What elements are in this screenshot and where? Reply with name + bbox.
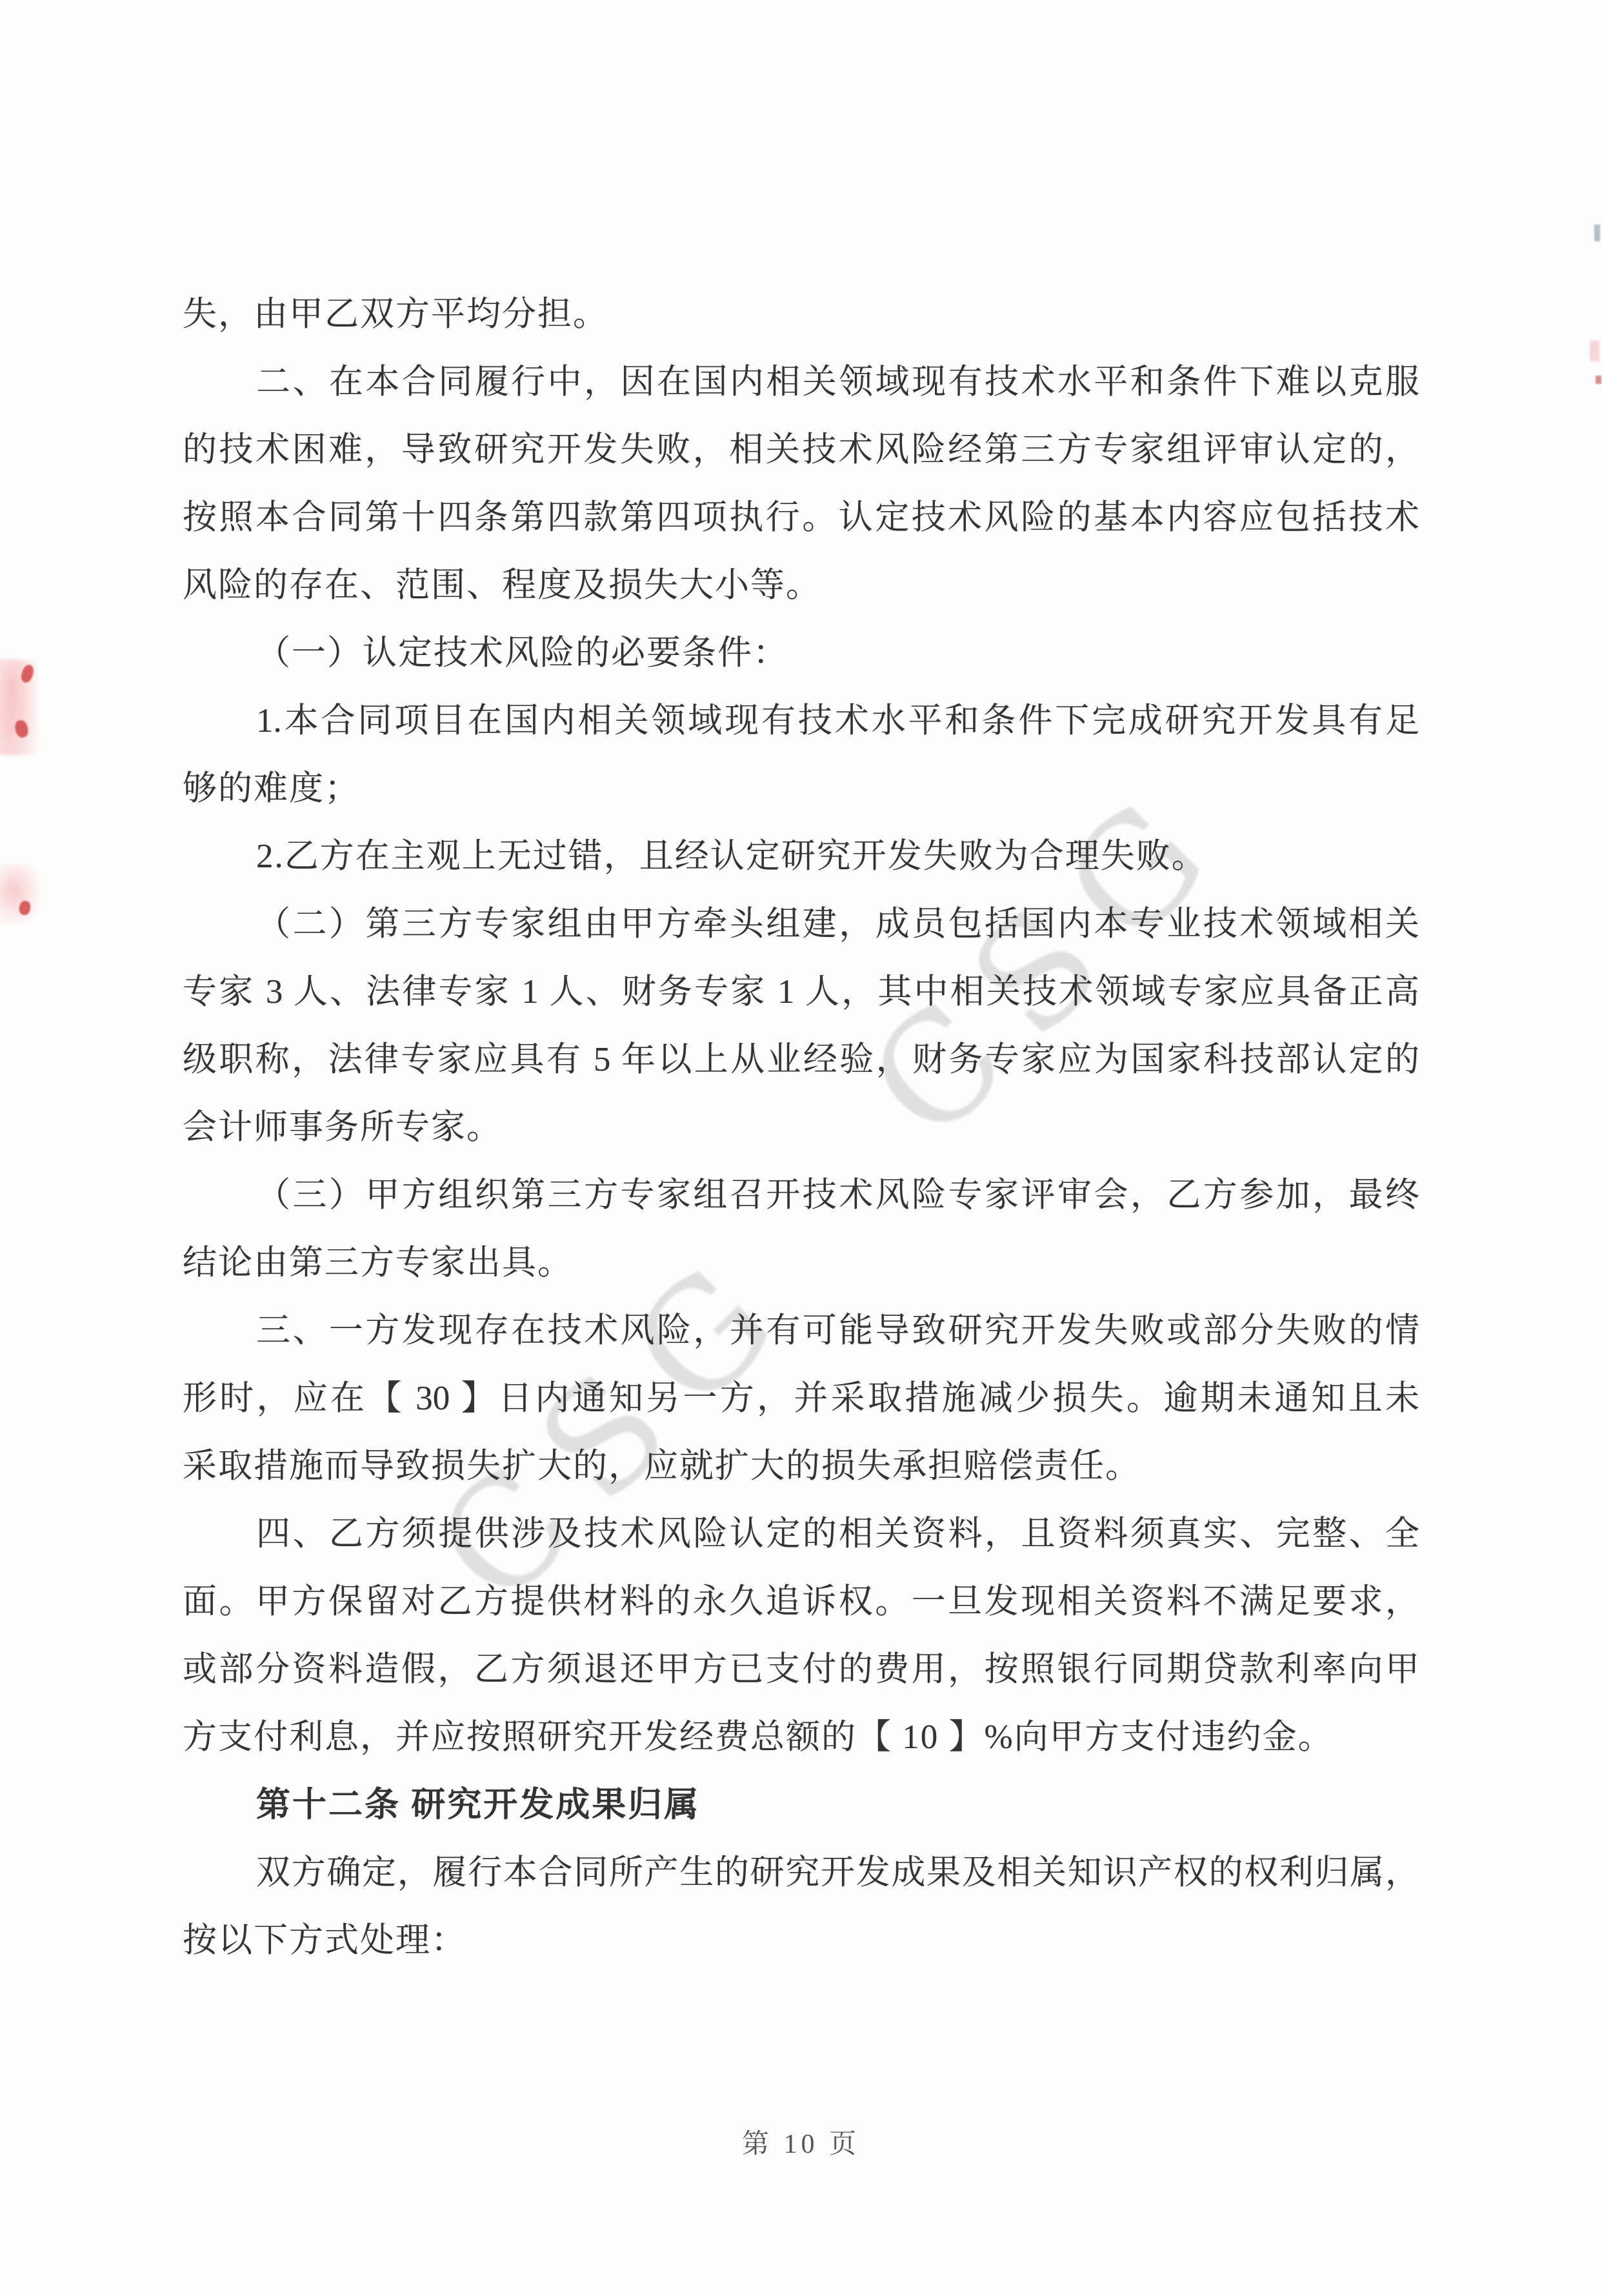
text-line: 按照本合同第十四条第四款第四项执行。认定技术风险的基本内容应包括技术 bbox=[183, 484, 1419, 552]
text-line: 专家 3 人、法律专家 1 人、财务专家 1 人，其中相关技术领域专家应具备正高 bbox=[183, 958, 1419, 1026]
text-line: 或部分资料造假，乙方须退还甲方已支付的费用，按照银行同期贷款利率向甲 bbox=[183, 1636, 1419, 1704]
red-stamp-mark bbox=[14, 719, 30, 739]
text-line: 采取措施而导致损失扩大的，应就扩大的损失承担赔偿责任。 bbox=[183, 1433, 1419, 1500]
text-line: 的技术困难，导致研究开发失败，相关技术风险经第三方专家组评审认定的， bbox=[183, 416, 1419, 484]
text-line: 风险的存在、范围、程度及损失大小等。 bbox=[183, 552, 1419, 619]
text-line: 会计师事务所专家。 bbox=[183, 1094, 1419, 1162]
text-line: （二）第三方专家组由甲方牵头组建，成员包括国内本专业技术领域相关 bbox=[183, 891, 1419, 958]
section-heading: 第十二条 研究开发成果归属 bbox=[183, 1771, 1419, 1839]
red-stamp-mark bbox=[18, 900, 32, 916]
text-line: （一）认定技术风险的必要条件： bbox=[183, 619, 1419, 687]
text-line: 2.乙方在主观上无过错，且经认定研究开发失败为合理失败。 bbox=[183, 823, 1419, 891]
text-line: （三）甲方组织第三方专家组召开技术风险专家评审会，乙方参加，最终 bbox=[183, 1162, 1419, 1229]
text-line: 二、在本合同履行中，因在国内相关领域现有技术水平和条件下难以克服 bbox=[183, 348, 1419, 416]
text-line: 方支付利息，并应按照研究开发经费总额的【 10 】%向甲方支付违约金。 bbox=[183, 1704, 1419, 1771]
document-page: CSG CSG 失，由甲乙双方平均分担。二、在本合同履行中，因在国内相关领域现有… bbox=[0, 0, 1602, 2296]
page-number: 第 10 页 bbox=[0, 2125, 1602, 2164]
red-stamp-smudge bbox=[0, 660, 39, 755]
text-line: 四、乙方须提供涉及技术风险认定的相关资料，且资料须真实、完整、全 bbox=[183, 1500, 1419, 1568]
text-line: 1.本合同项目在国内相关领域现有技术水平和条件下完成研究开发具有足 bbox=[183, 687, 1419, 755]
text-line: 按以下方式处理： bbox=[183, 1907, 1419, 1975]
scan-artifact bbox=[1590, 341, 1599, 361]
text-line: 形时，应在【 30 】日内通知另一方，并采取措施减少损失。逾期未通知且未 bbox=[183, 1365, 1419, 1433]
scan-artifact bbox=[1596, 376, 1601, 384]
red-stamp-mark bbox=[19, 663, 35, 684]
scan-artifact bbox=[1594, 225, 1600, 241]
text-line: 失，由甲乙双方平均分担。 bbox=[183, 281, 1419, 348]
text-line: 级职称，法律专家应具有 5 年以上从业经验，财务专家应为国家科技部认定的 bbox=[183, 1026, 1419, 1094]
text-line: 结论由第三方专家出具。 bbox=[183, 1229, 1419, 1297]
document-body: 失，由甲乙双方平均分担。二、在本合同履行中，因在国内相关领域现有技术水平和条件下… bbox=[183, 281, 1419, 1975]
text-line: 面。甲方保留对乙方提供材料的永久追诉权。一旦发现相关资料不满足要求， bbox=[183, 1568, 1419, 1636]
text-line: 双方确定，履行本合同所产生的研究开发成果及相关知识产权的权利归属， bbox=[183, 1839, 1419, 1907]
red-stamp-smudge bbox=[0, 865, 40, 924]
text-line: 三、一方发现存在技术风险，并有可能导致研究开发失败或部分失败的情 bbox=[183, 1297, 1419, 1365]
text-line: 够的难度； bbox=[183, 755, 1419, 823]
